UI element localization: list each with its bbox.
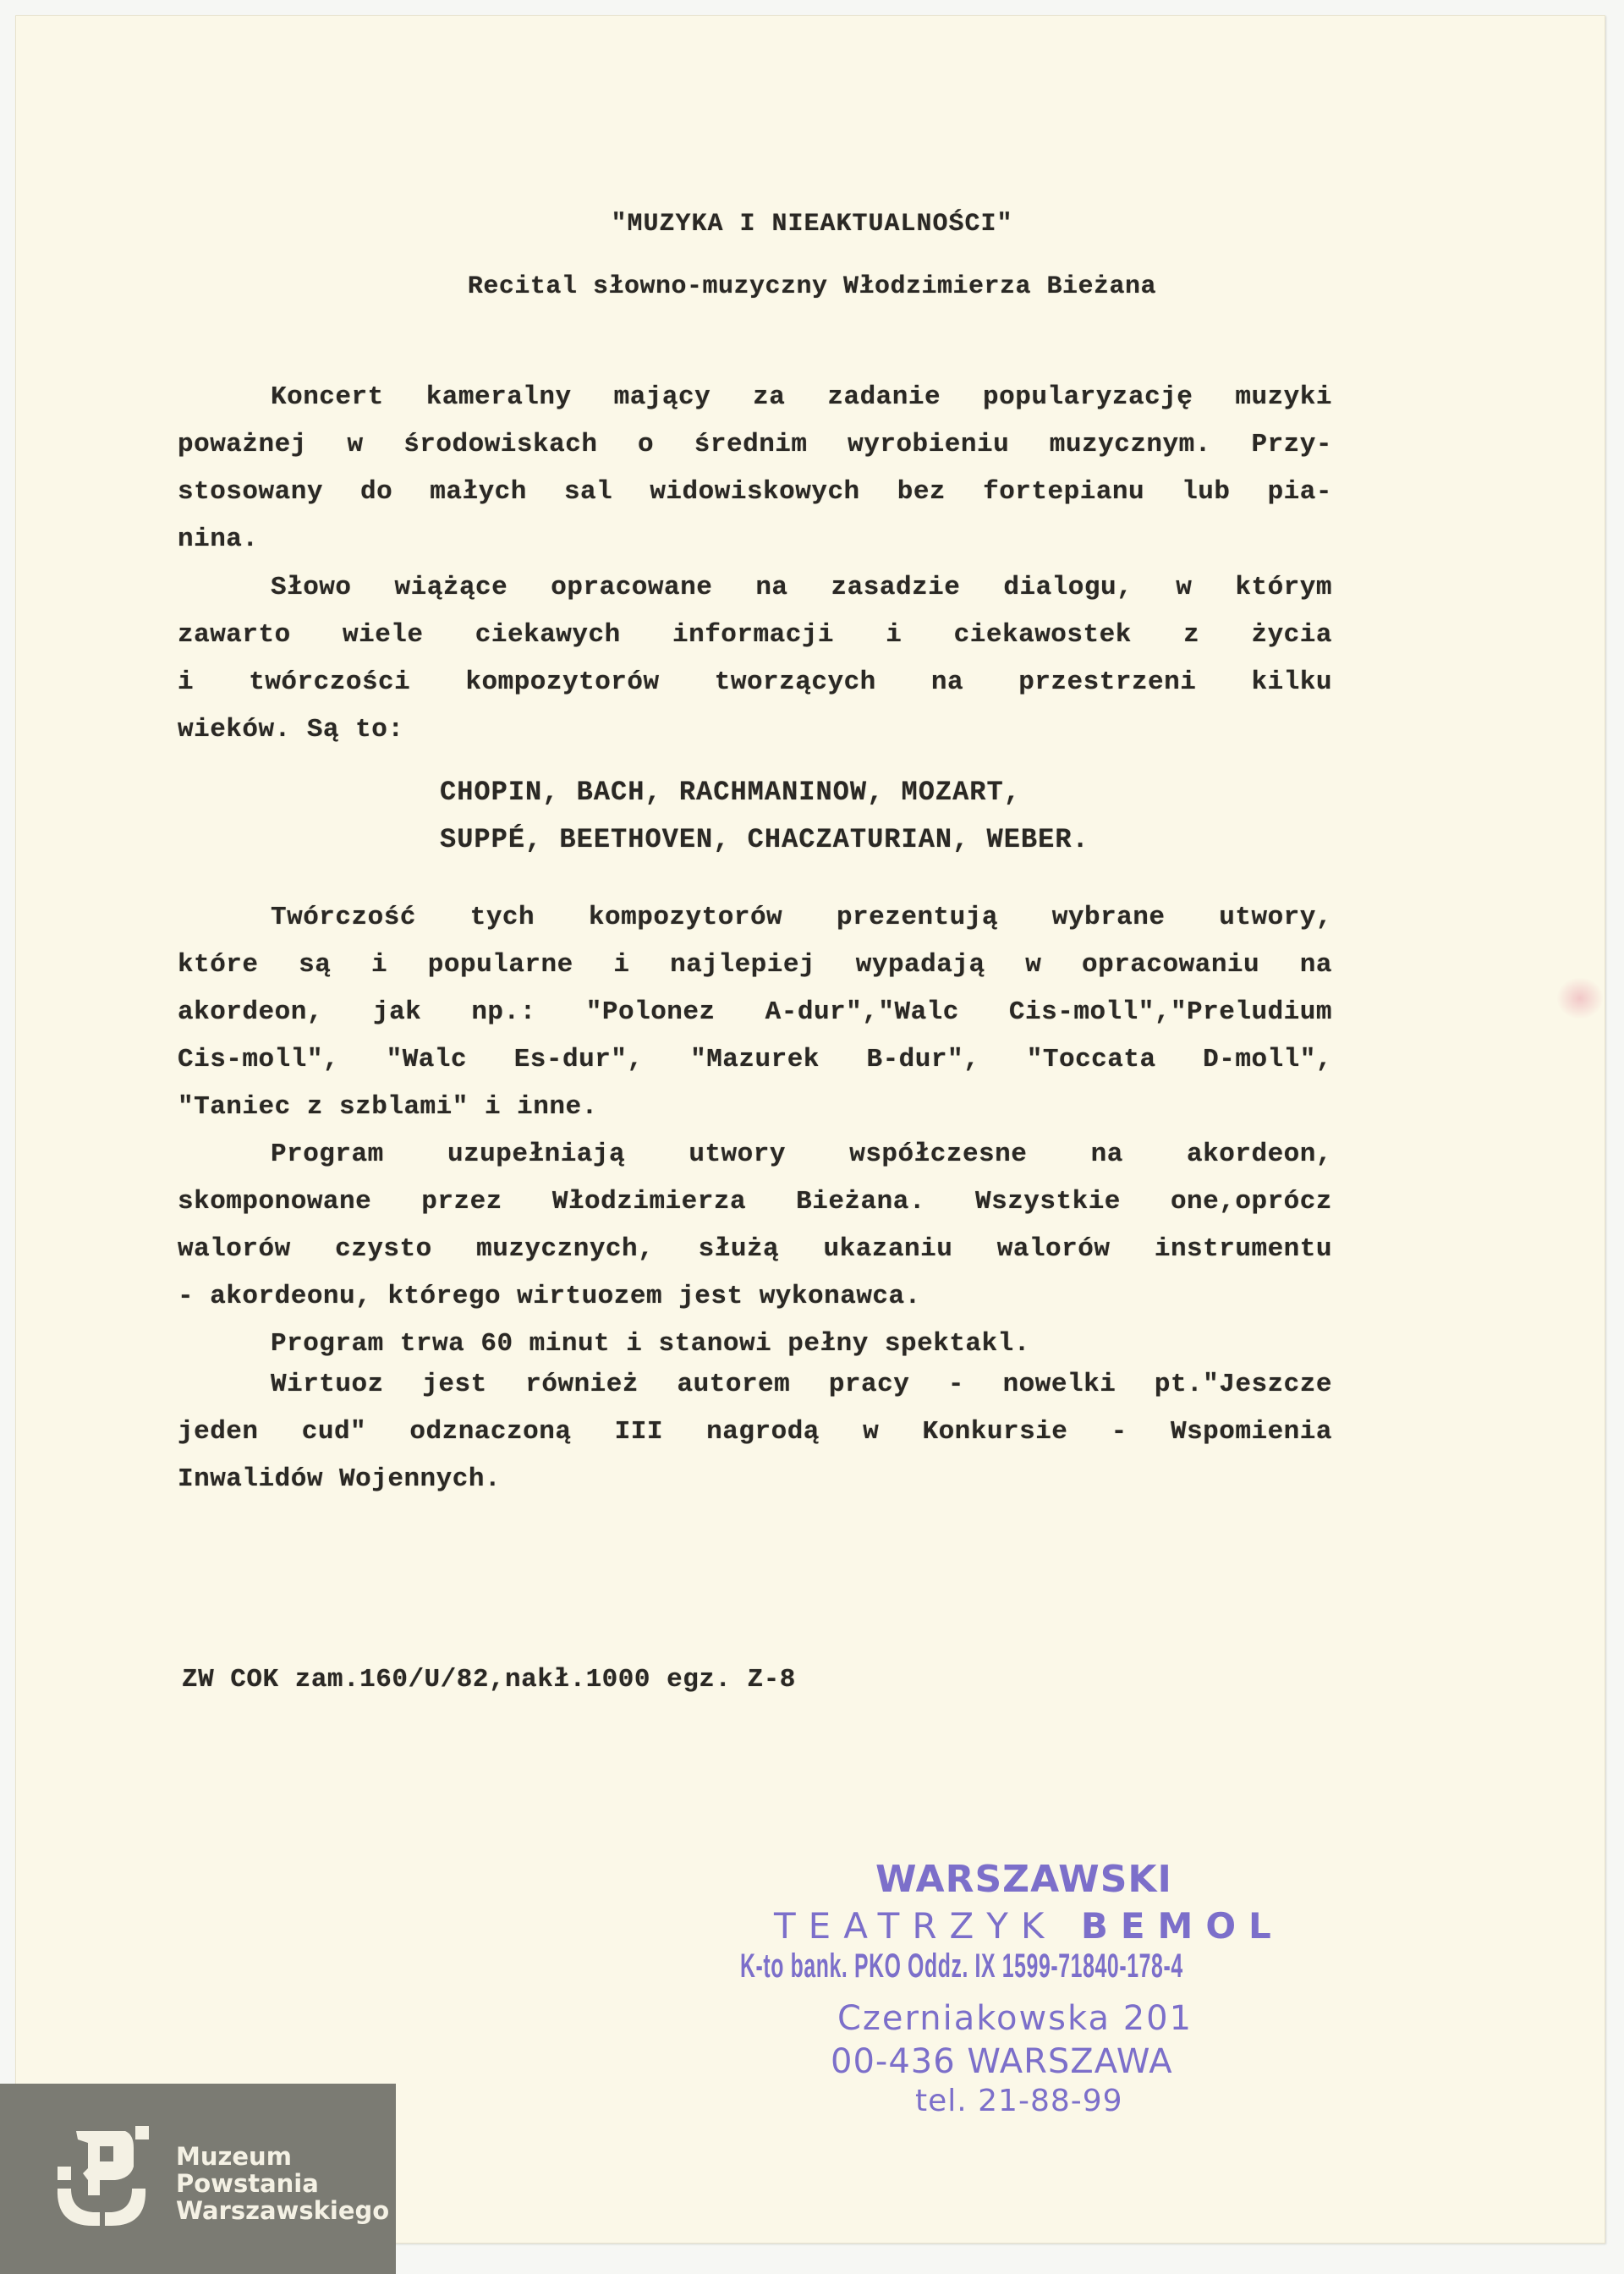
museum-name-line-1: Muzeum [176,2143,389,2170]
ink-smudge [1556,977,1604,1019]
museum-name: Muzeum Powstania Warszawskiego [176,2143,389,2224]
composers-line: CHOPIN, BACH, RACHMANINOW, MOZART, [440,777,1021,808]
museum-name-line-3: Warszawskiego [176,2197,389,2224]
paragraph-2-line: Słowo wiążące opracowane na zasadzie dia… [271,573,1332,607]
paragraph-6-line: jeden cud" odznaczoną III nagrodą w Konk… [178,1417,1332,1451]
document-title: "MUZYKA I NIEAKTUALNOŚCI" [0,210,1624,239]
stamp-teatrzyk: TEATRZYK [774,1905,1056,1947]
stamp-bemol: BEMOL [1081,1905,1284,1947]
kotwica-anchor-icon [52,2123,162,2233]
paragraph-1-line: stosowany do małych sal widowiskowych be… [178,477,1332,511]
paragraph-1-line: nina. [178,525,1332,558]
paragraph-4-line: skomponowane przez Włodzimierza Bieżana.… [178,1187,1332,1221]
stamp-line-1: WARSZAWSKI [875,1858,1172,1901]
museum-name-line-2: Powstania [176,2170,389,2197]
paragraph-3-line: akordeon, jak np.: "Polonez A-dur","Walc… [178,997,1332,1031]
paragraph-1-line: Koncert kameralny mający za zadanie popu… [271,382,1332,416]
museum-watermark: Muzeum Powstania Warszawskiego [0,2084,396,2274]
stamp-phone: tel. 21-88-99 [915,2084,1123,2118]
stamp-bank-account: K-to bank. PKO Oddz. IX 1599-71840-178-4 [740,1947,1183,1986]
paragraph-2-line: wieków. Są to: [178,715,1332,749]
paragraph-3-line: "Taniec z szblami" i inne. [178,1092,1332,1126]
paragraph-3-line: Cis-moll", "Walc Es-dur", "Mazurek B-dur… [178,1045,1332,1079]
paragraph-4-line: walorów czysto muzycznych, służą ukazani… [178,1234,1332,1268]
paragraph-6-line: Wirtuoz jest również autorem pracy - now… [271,1370,1332,1403]
composers-line: SUPPÉ, BEETHOVEN, CHACZATURIAN, WEBER. [440,824,1089,855]
stamp-line-2: TEATRZYK BEMOL [774,1905,1284,1947]
stamp-city: 00-436 WARSZAWA [831,2042,1173,2081]
paragraph-2-line: zawarto wiele ciekawych informacji i cie… [178,620,1332,654]
paragraph-3-line: Twórczość tych kompozytorów prezentują w… [271,903,1332,937]
paragraph-4-line: - akordeonu, którego wirtuozem jest wyko… [178,1282,1332,1316]
print-imprint: ZW COK zam.160/U/82,nakł.1000 egz. Z-8 [182,1665,796,1695]
paragraph-2-line: i twórczości kompozytorów tworzących na … [178,667,1332,701]
paragraph-3-line: które są i popularne i najlepiej wypadaj… [178,950,1332,984]
document-subtitle: Recital słowno-muzyczny Włodzimierza Bie… [0,272,1624,301]
paragraph-4-line: Program uzupełniają utwory współczesne n… [271,1140,1332,1173]
paragraph-1-line: poważnej w środowiskach o średnim wyrobi… [178,430,1332,464]
stamp-street: Czerniakowska 201 [837,1999,1193,2038]
paragraph-5-line: Program trwa 60 minut i stanowi pełny sp… [271,1329,1332,1363]
paragraph-6-line: Inwalidów Wojennych. [178,1464,1332,1498]
